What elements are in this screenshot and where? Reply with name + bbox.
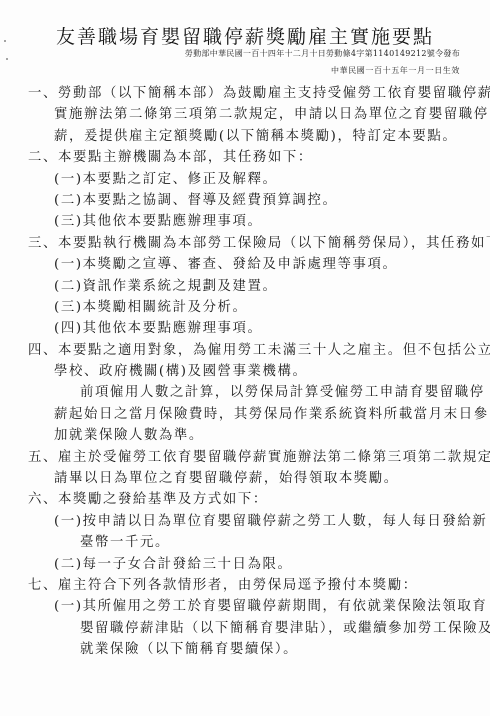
body-line: 實施辦法第二條第三項第二款規定，申請以日為單位之育嬰留職停 <box>0 104 490 125</box>
document-title: 友善職場育嬰留職停薪獎勵雇主實施要點 <box>0 22 490 49</box>
body-line: 六、本獎勵之發給基準及方式如下： <box>0 489 490 510</box>
body-line: 請畢以日為單位之育嬰留職停薪，始得領取本獎勵。 <box>0 468 490 489</box>
body-line: 學校、政府機關(構)及國營事業機構。 <box>0 361 490 382</box>
body-line: (一)本要點之訂定、修正及解釋。 <box>0 169 490 190</box>
document-page: 友善職場育嬰留職停薪獎勵雇主實施要點 勞動部中華民國一百十四年十二月十日勞動條4… <box>0 0 490 716</box>
scan-speck <box>6 58 8 60</box>
body-line: 就業保險（以下簡稱育嬰續保）。 <box>0 639 490 660</box>
body-line: 四、本要點之適用對象，為僱用勞工未滿三十人之雇主。但不包括公立 <box>0 340 490 361</box>
body-line: 嬰留職停薪津貼（以下簡稱育嬰津貼），或繼續參加勞工保險及 <box>0 618 490 639</box>
body-line: 七、雇主符合下列各款情形者，由勞保局逕予撥付本獎勵： <box>0 575 490 596</box>
body-line: 加就業保險人數為準。 <box>0 425 490 446</box>
body-line: (一)其所僱用之勞工於育嬰留職停薪期間，有依就業保險法領取育 <box>0 596 490 617</box>
body-line: (二)資訊作業系統之規劃及建置。 <box>0 276 490 297</box>
body-line: (一)本獎勵之宣導、審查、發給及申訴處理等事項。 <box>0 254 490 275</box>
body-line: (三)其他依本要點應辦理事項。 <box>0 211 490 232</box>
body-line: (二)每一子女合計發給三十日為限。 <box>0 554 490 575</box>
body-line: 一、勞動部（以下簡稱本部）為鼓勵雇主支持受僱勞工依育嬰留職停薪 <box>0 83 490 104</box>
body-line: (二)本要點之協調、督導及經費預算調控。 <box>0 190 490 211</box>
body-line: 五、雇主於受僱勞工依育嬰留職停薪實施辦法第二條第三項第二款規定， <box>0 447 490 468</box>
body-line: 薪，爰提供雇主定額獎勵(以下簡稱本獎勵)，特訂定本要點。 <box>0 126 490 147</box>
effective-date-note: 中華民國一百十五年一月一日生效 <box>331 65 460 76</box>
body-line: 薪起始日之當月保險費時，其勞保局作業系統資料所載當月末日參 <box>0 404 490 425</box>
body-line: (三)本獎勵相關統計及分析。 <box>0 297 490 318</box>
scan-speck <box>4 40 6 42</box>
body-line: 三、本要點執行機關為本部勞工保險局（以下簡稱勞保局），其任務如下： <box>0 233 490 254</box>
body-line: (四)其他依本要點應辦理事項。 <box>0 318 490 339</box>
document-body: 一、勞動部（以下簡稱本部）為鼓勵雇主支持受僱勞工依育嬰留職停薪 實施辦法第二條第… <box>0 83 490 661</box>
body-line: 二、本要點主辦機關為本部，其任務如下： <box>0 147 490 168</box>
body-line: (一)按申請以日為單位育嬰留職停薪之勞工人數，每人每日發給新 <box>0 511 490 532</box>
body-line: 臺幣一千元。 <box>0 532 490 553</box>
issued-note: 勞動部中華民國一百十四年十二月十日勞動條4字第1140149212號令發布 <box>185 48 460 59</box>
body-line: 前項僱用人數之計算，以勞保局計算受僱勞工申請育嬰留職停 <box>0 382 490 403</box>
